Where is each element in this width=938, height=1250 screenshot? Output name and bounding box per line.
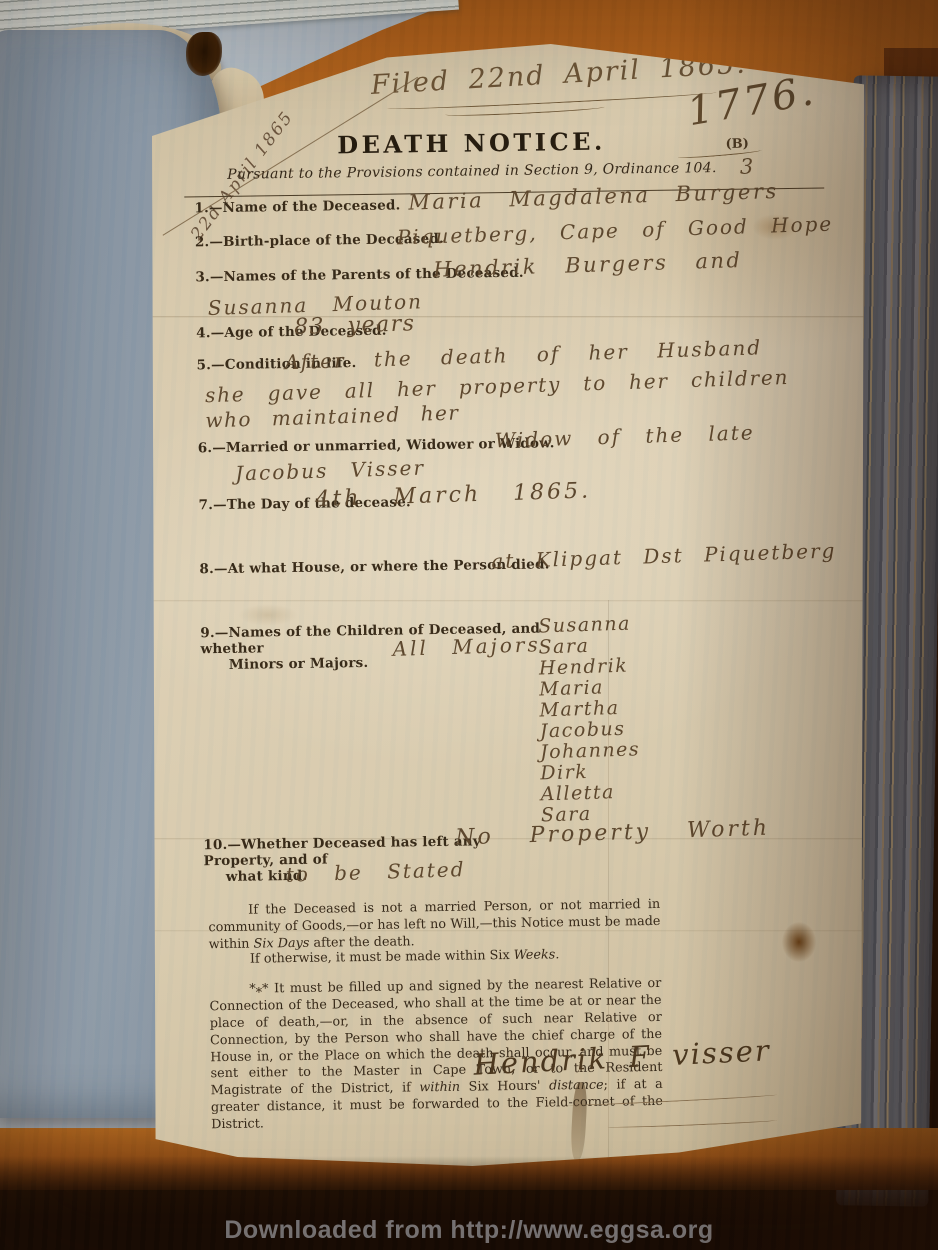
note-3-emphasis-within: within (419, 1080, 460, 1096)
children-name-list: Susanna Sara Hendrik Maria Martha Jacobu… (538, 614, 641, 825)
footer-note-1: If the Deceased is not a married Person,… (208, 897, 661, 954)
field-answer-9: All Majors (392, 632, 541, 661)
watermark-text: Downloaded from http://www.eggsa.org (0, 1216, 938, 1245)
photo-scene: 22d April 1865 Filed 22nd April 1865. 17… (0, 0, 938, 1250)
note-1-text-end: after the death. (309, 934, 414, 950)
field-answer-3: Hendrik Burgers and (433, 248, 743, 282)
field-answer-1: Maria Magdalena Burgers (408, 179, 779, 215)
field-answer-8: at Klipgat Dst Piquetberg (491, 538, 837, 573)
field-answer-4: 83 years (294, 311, 416, 340)
page-content: 22d April 1865 Filed 22nd April 1865. 17… (144, 39, 872, 1171)
field-answer-10: No Property Worth (455, 816, 770, 851)
note-2-emphasis: Weeks. (514, 947, 560, 963)
document-page: 22d April 1865 Filed 22nd April 1865. 17… (152, 44, 864, 1166)
field-answer-6: Widow of the late (494, 420, 755, 452)
note-2-text: If otherwise, it must be made within Six (250, 948, 514, 967)
field-answer-2: Piquetberg, Cape of Good Hope (397, 212, 834, 250)
field-answer-6-line2: Jacobus Visser (235, 455, 426, 485)
note-1-emphasis: Six Days (253, 936, 309, 952)
field-answer-10-line2: to be Stated (285, 857, 465, 887)
field-answer-7: 4th March 1865. (315, 478, 591, 512)
asterism-mark: *⁎* (249, 981, 274, 996)
note-3-emphasis-distance: distance (549, 1078, 604, 1094)
field-label-1: 1.—Name of the Deceased. (194, 197, 400, 216)
